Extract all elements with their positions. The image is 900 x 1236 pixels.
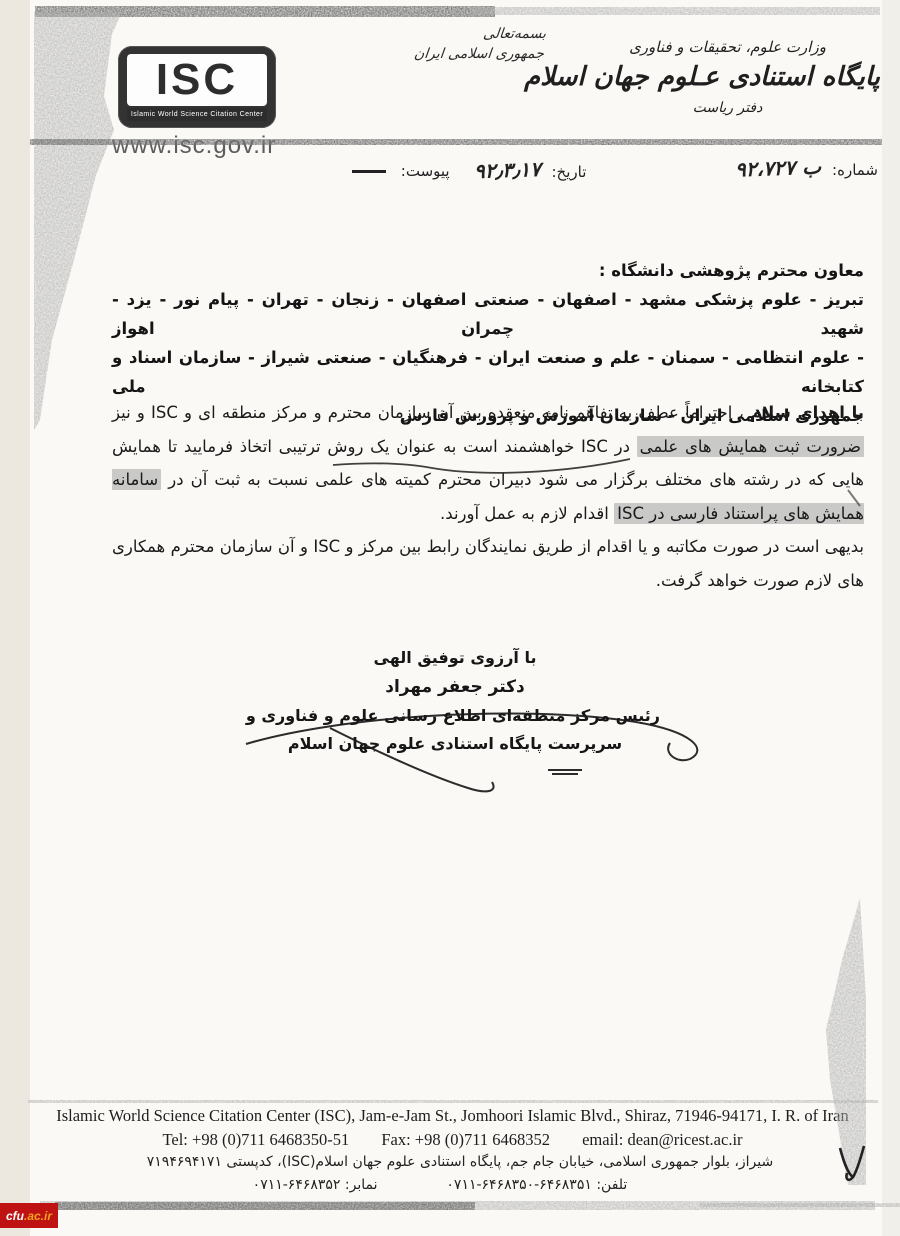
footer-fax-en: Fax: +98 (0)711 6468352 [381,1130,550,1149]
ref-date-handwritten: ۹۲٫۳٫۱۷ [474,157,542,183]
ref-attachment-field: پیوست: [352,162,450,180]
salutation: با اهدای سلام [750,403,864,422]
isc-logo: ISC Islamic World Science Citation Cente… [118,46,276,128]
body-text-segment: ، احتراماً عطف به تفاهم نامه منعقده بین … [112,403,750,422]
isc-logo-caption: Islamic World Science Citation Center [127,108,267,121]
highlighted-phrase-1: ضرورت ثبت همایش های علمی [637,436,864,457]
scan-right-edge [882,0,900,1236]
organization-title: پایگاه استنادی عـلوم جهان اسلام [575,62,880,92]
footer-tel-en: Tel: +98 (0)711 6468350-51 [162,1130,349,1149]
footer-address-en: Islamic World Science Citation Center (I… [30,1106,875,1126]
ref-number-label: شماره: [832,161,878,179]
republic-text: جمهوری اسلامی ایران [393,46,545,62]
paper-background [30,0,882,1236]
footer-contacts-en: Tel: +98 (0)711 6468350-51 Fax: +98 (0)7… [30,1130,875,1150]
signature-block: با آرزوی توفیق الهی دکتر جعفر مهراد رئیس… [250,648,660,753]
letterhead-block: وزارت علوم، تحقیقات و فناوری پایگاه استن… [575,38,880,116]
letter-body: با اهدای سلام ، احتراماً عطف به تفاهم نا… [112,396,864,597]
footer-tel-fa-label: تلفن: [596,1177,627,1193]
ref-attachment-dash [352,170,386,173]
bismillah-block: بسمه‌تعالی جمهوری اسلامی ایران [393,26,547,62]
footer-contacts-fa: تلفن: ۰۷۱۱-۶۴۶۸۳۵۰-۶۴۶۸۳۵۱ نمابر: ۰۷۱۱-۶… [120,1177,760,1193]
isc-logo-inner: ISC [127,54,267,106]
body-text-segment: اقدام لازم به عمل آورند. [440,504,614,523]
footer-email-en: email: dean@ricest.ac.ir [582,1130,742,1149]
scan-left-edge [0,0,32,1236]
ministry-title: وزارت علوم، تحقیقات و فناوری [575,38,880,56]
watermark-suffix: .ac.ir [24,1209,52,1223]
footer-address-fa: شیراز، بلوار جمهوری اسلامی، خیابان جام ج… [60,1154,860,1170]
scanned-letter-page: ISC Islamic World Science Citation Cente… [0,0,900,1236]
ref-number-field: شماره: ب ۹۲،۷۲۷ [729,156,878,180]
signatory-title-2: سرپرست پایگاه استنادی علوم جهان اسلام [250,734,660,753]
footer-tel-fa-value: ۰۷۱۱-۶۴۶۸۳۵۰-۶۴۶۸۳۵۱ [446,1177,591,1193]
bismillah-text: بسمه‌تعالی [403,26,547,42]
ref-date-label: تاریخ: [551,163,586,181]
recipient-title: معاون محترم پژوهشی دانشگاه : [112,256,864,285]
isc-website-url: www.isc.gov.ir [112,132,302,160]
watermark-prefix: cfu [6,1209,24,1223]
footer-fax-fa-label: نمابر: [345,1177,378,1193]
signature-wish: با آرزوی توفیق الهی [250,648,660,667]
recipient-universities-line1: تبریز - علوم پزشکی مشهد - اصفهان - صنعتی… [112,285,864,343]
body-paragraph-2: بدیهی است در صورت مکاتبه و یا اقدام از ط… [112,530,864,597]
ref-date-field: تاریخ: ۹۲٫۳٫۱۷ [468,158,586,182]
signatory-name: دکتر جعفر مهراد [250,677,660,697]
body-paragraph-1: با اهدای سلام ، احتراماً عطف به تفاهم نا… [112,396,864,530]
recipient-universities-line2: - علوم انتظامی - سمنان - علم و صنعت ایرا… [112,343,864,401]
ref-attachment-label: پیوست: [401,162,450,180]
cfu-watermark: cfu.ac.ir [0,1203,58,1228]
office-title: دفتر ریاست [575,100,880,116]
ref-number-handwritten: ب ۹۲،۷۲۷ [735,155,822,182]
footer-fax-fa-value: ۰۷۱۱-۶۴۶۸۳۵۲ [253,1177,341,1193]
signatory-title-1: رئیس مرکز منطقه‌ای اطلاع رسانی علوم و فن… [250,706,660,725]
isc-logo-text: ISC [156,55,238,105]
